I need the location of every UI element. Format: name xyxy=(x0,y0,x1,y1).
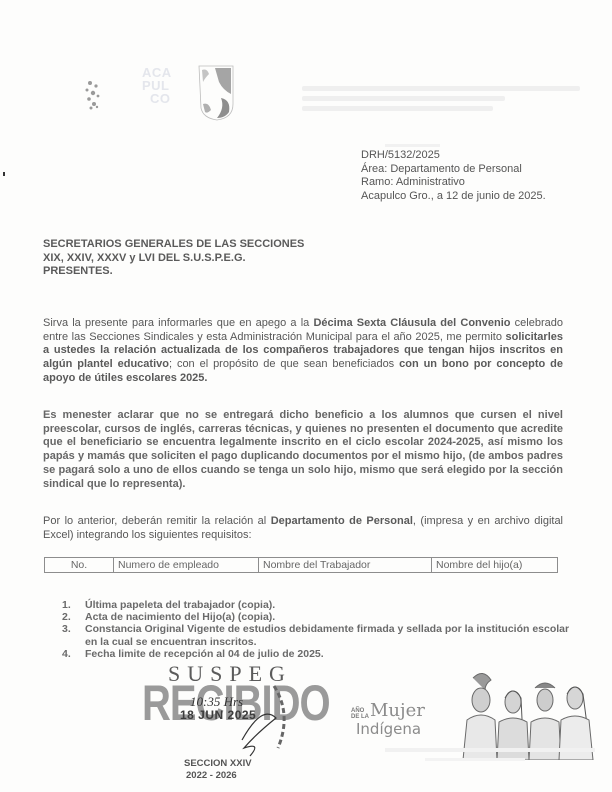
table-header-cell: No. xyxy=(45,558,114,573)
ramo-line: Ramo: Administrativo xyxy=(361,176,546,190)
acapulco-shield-icon xyxy=(197,64,235,122)
addressee-line-3: PRESENTES. xyxy=(43,265,304,279)
table-header-cell: Nombre del Trabajador xyxy=(259,558,432,573)
place-date-line: Acapulco Gro., a 12 de junio de 2025. xyxy=(361,190,546,204)
stamp-section: SECCION XXIV xyxy=(184,758,252,769)
acapulco-logo: ACA PUL CO xyxy=(142,66,182,105)
margin-mark xyxy=(3,172,5,176)
stamp-date: 18 JUN 2025 xyxy=(180,708,256,722)
department-name: Departamento de Personal xyxy=(271,515,413,527)
paragraph-intro: Sirva la presente para informarles que e… xyxy=(43,317,563,386)
clause-reference: Décima Sexta Cláusula del Convenio xyxy=(313,317,510,329)
requirements-list: 1.Última papeleta del trabajador (copia)… xyxy=(62,599,582,660)
municipal-emblem-icon xyxy=(82,78,104,112)
list-item: 4.Fecha limite de recepción al 04 de jul… xyxy=(62,648,582,660)
indigena-label: Indígena xyxy=(356,720,421,738)
paragraph-clarification: Es menester aclarar que no se entregará … xyxy=(43,409,563,491)
faded-subtext xyxy=(385,144,440,147)
indigenous-women-illustration-icon xyxy=(455,670,595,760)
mujer-label: Mujer xyxy=(370,700,425,721)
paragraph-instructions: Por lo anterior, deberán remitir la rela… xyxy=(43,515,563,542)
area-line: Área: Departamento de Personal xyxy=(361,163,546,177)
reference-number: DRH/5132/2025 xyxy=(361,149,546,163)
addressee-line-1: SECRETARIOS GENERALES DE LAS SECCIONES xyxy=(43,238,304,252)
anio-label: AÑO DE LA xyxy=(351,708,369,720)
table-header-cell: Nombre del hijo(a) xyxy=(432,558,558,573)
list-item: 2.Acta de nacimiento del Hijo(a) (copia)… xyxy=(62,611,582,623)
list-item: 1.Última papeleta del trabajador (copia)… xyxy=(62,599,582,611)
faded-footer-text xyxy=(425,758,525,761)
addressee-line-2: XIX, XXIV, XXXV y LVI DEL S.U.S.P.E.G. xyxy=(43,252,304,266)
table-header-cell: Numero de empleado xyxy=(114,558,259,573)
faded-header-text xyxy=(302,82,592,116)
requirements-table: No. Numero de empleado Nombre del Trabaj… xyxy=(44,557,558,573)
table-header-row: No. Numero de empleado Nombre del Trabaj… xyxy=(45,558,558,573)
document-meta: DRH/5132/2025 Área: Departamento de Pers… xyxy=(361,149,546,203)
addressee-block: SECRETARIOS GENERALES DE LAS SECCIONES X… xyxy=(43,238,304,279)
list-item: 3.Constancia Original Vigente de estudio… xyxy=(62,623,582,647)
faded-footer-text xyxy=(385,748,595,752)
stamp-years: 2022 - 2026 xyxy=(186,770,237,781)
